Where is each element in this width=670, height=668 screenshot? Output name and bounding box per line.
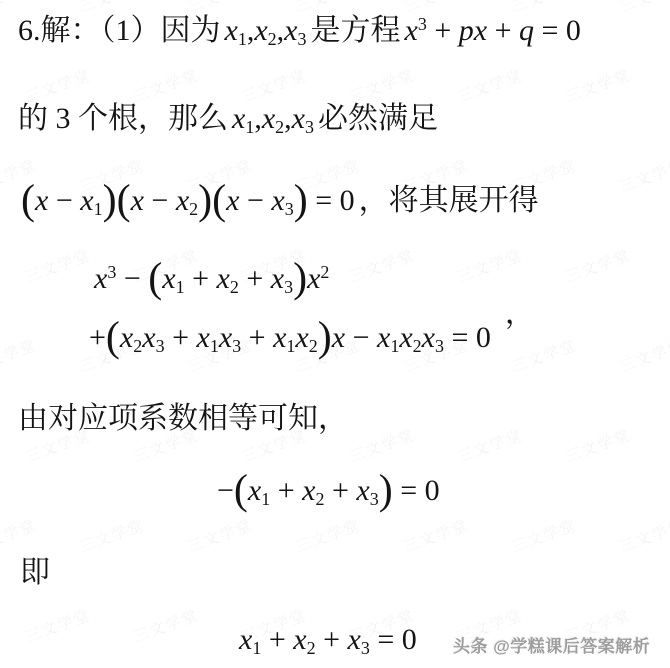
background-watermark-text: 三文学堂 <box>400 514 471 557</box>
sum-result-equation: x1 + x2 + x3 = 0 <box>235 617 421 663</box>
background-watermark-text: 三文学堂 <box>616 514 670 557</box>
expanded-equation-line-2: +(x2x3 + x1x3 + x1x2)x − x1x2x3 = 0， <box>85 315 535 361</box>
background-watermark-text: 三文学堂 <box>508 514 579 557</box>
expanded-equation-line-1: x3 − (x1 + x2 + x3)x2 <box>90 256 333 302</box>
background-watermark-text: 三文学堂 <box>22 604 93 647</box>
roots-statement-line: 的 3 个根，那么x1,x2,x3必然满足 <box>18 96 438 142</box>
background-watermark-text: 三文学堂 <box>292 514 363 557</box>
background-watermark-text: 三文学堂 <box>0 334 40 377</box>
factored-equation-line: (x − x1)(x − x2)(x − x3) = 0，将其展开得 <box>17 178 539 224</box>
background-watermark-text: 三文学堂 <box>184 514 255 557</box>
background-watermark-text: 三文学堂 <box>76 514 147 557</box>
background-watermark-text: 三文学堂 <box>562 424 633 467</box>
background-watermark-text: 三文学堂 <box>346 244 417 287</box>
document-page: 三文学堂三文学堂三文学堂三文学堂三文学堂三文学堂三文学堂三文学堂三文学堂三文学堂… <box>0 0 670 668</box>
background-watermark-text: 三文学堂 <box>346 424 417 467</box>
background-watermark-text: 三文学堂 <box>562 64 633 107</box>
background-watermark-text: 三文学堂 <box>130 604 201 647</box>
background-watermark-text: 三文学堂 <box>22 244 93 287</box>
coefficients-note-line: 由对应项系数相等可知， <box>18 396 348 442</box>
background-watermark-text: 三文学堂 <box>454 244 525 287</box>
therefore-line: 即 <box>20 550 50 596</box>
background-watermark-text: 三文学堂 <box>454 424 525 467</box>
background-watermark-text: 三文学堂 <box>616 334 670 377</box>
background-watermark-text: 三文学堂 <box>562 244 633 287</box>
background-watermark-text: 三文学堂 <box>454 64 525 107</box>
background-watermark-text: 三文学堂 <box>616 0 670 17</box>
solution-intro-line: 6.解：（1）因为x1,x2,x3是方程x3 + px + q = 0 <box>18 8 585 54</box>
credit-watermark: 头条 @学糕课后答案解析 <box>453 632 650 657</box>
negative-sum-equation: −(x1 + x2 + x3) = 0 <box>213 468 444 514</box>
background-watermark-text: 三文学堂 <box>616 154 670 197</box>
